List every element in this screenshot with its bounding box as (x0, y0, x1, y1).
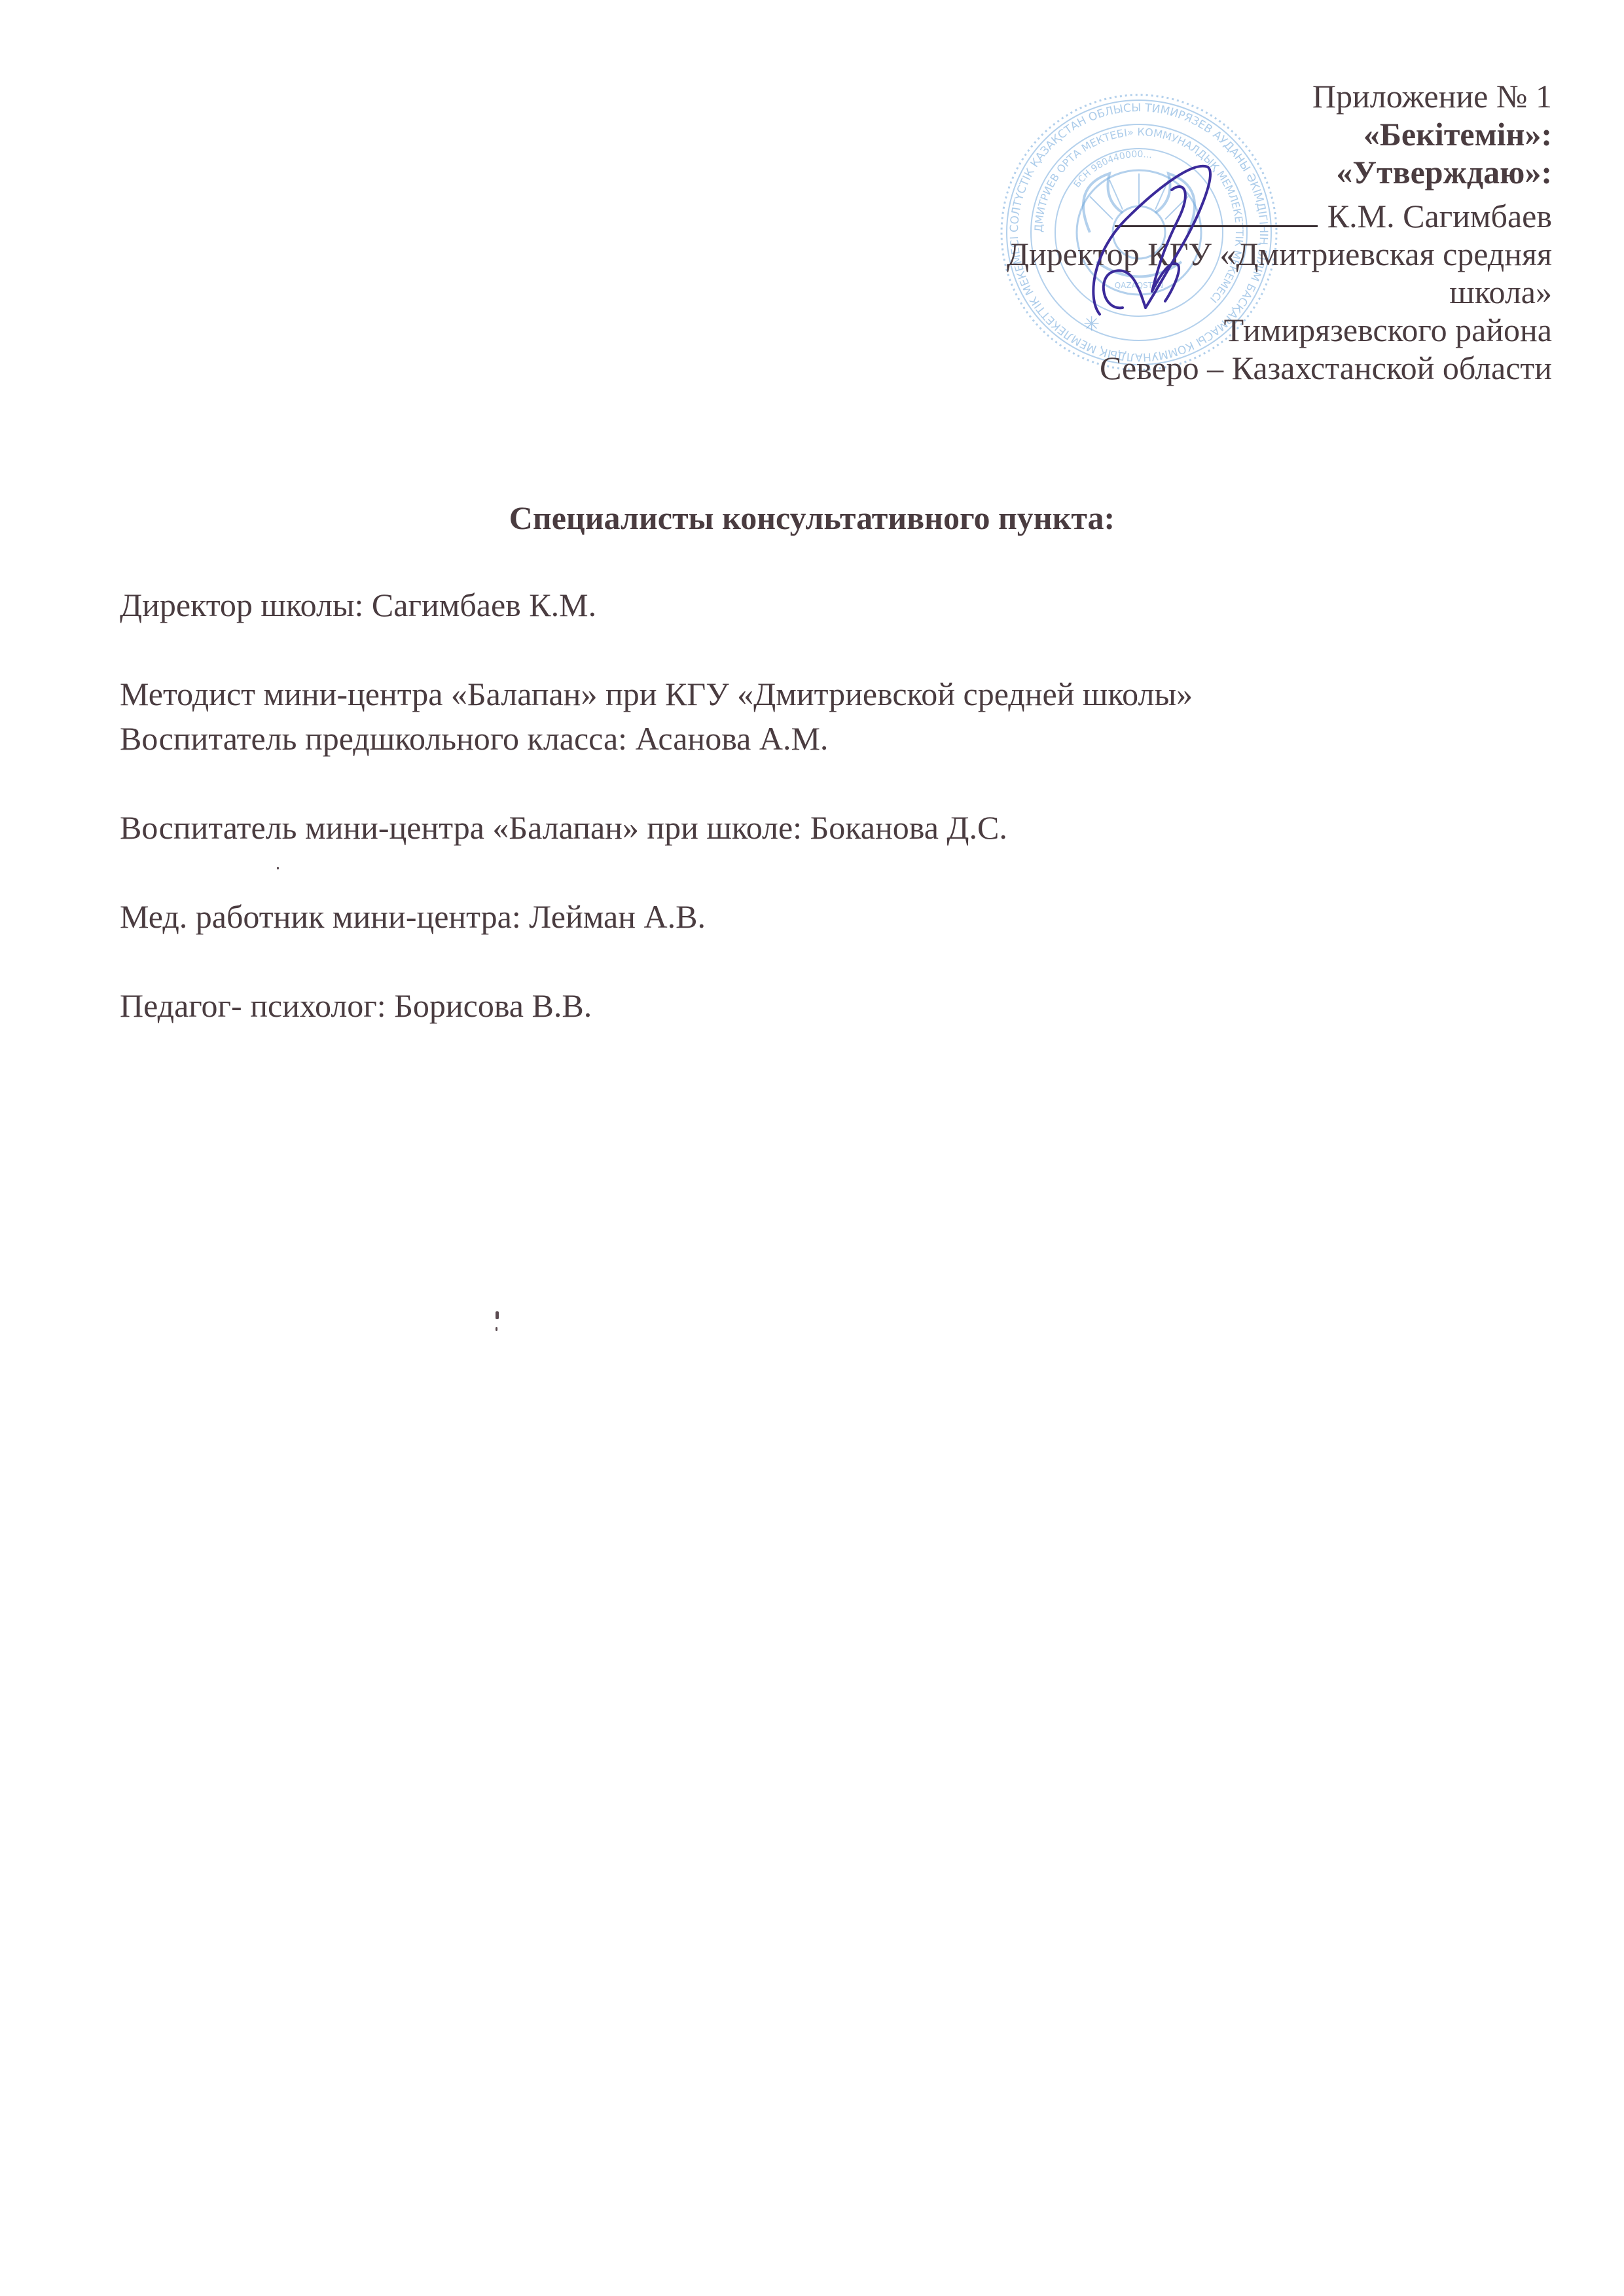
staff-entry-educator: Воспитатель мини-центра «Балапан» при шк… (120, 805, 1527, 850)
staff-entry-methodist: Методист мини-центра «Балапан» при КГУ «… (120, 672, 1527, 761)
staff-list: Директор школы: Сагимбаев К.М. Методист … (120, 583, 1527, 1072)
scan-speck (277, 867, 279, 869)
region-line: Северо – Казахстанской области (832, 349, 1552, 387)
document-title: Специалисты консультативного пункта: (0, 499, 1624, 537)
scan-speck (496, 1327, 497, 1331)
staff-entry-medic: Мед. работник мини-центра: Лейман А.В. (120, 894, 1527, 939)
staff-line: Директор школы: Сагимбаев К.М. (120, 583, 1527, 627)
document-page: СОЛТҮСТІК ҚАЗАҚСТАН ОБЛЫСЫ ТИМИРЯЗЕВ АУД… (0, 0, 1624, 2296)
staff-line: Воспитатель предшкольного класса: Асанов… (120, 716, 1527, 761)
staff-line: Методист мини-центра «Балапан» при КГУ «… (120, 672, 1527, 716)
appendix-label: Приложение № 1 (832, 77, 1552, 115)
signatory-name: К.М. Сагимбаев (1327, 198, 1552, 234)
staff-line: Педагог- психолог: Борисова В.В. (120, 983, 1527, 1028)
staff-line: Мед. работник мини-центра: Лейман А.В. (120, 894, 1527, 939)
staff-entry-psychologist: Педагог- психолог: Борисова В.В. (120, 983, 1527, 1028)
scan-speck (496, 1311, 499, 1319)
staff-line: Воспитатель мини-центра «Балапан» при шк… (120, 805, 1527, 850)
signature-icon (1074, 147, 1224, 324)
staff-entry-director: Директор школы: Сагимбаев К.М. (120, 583, 1527, 627)
